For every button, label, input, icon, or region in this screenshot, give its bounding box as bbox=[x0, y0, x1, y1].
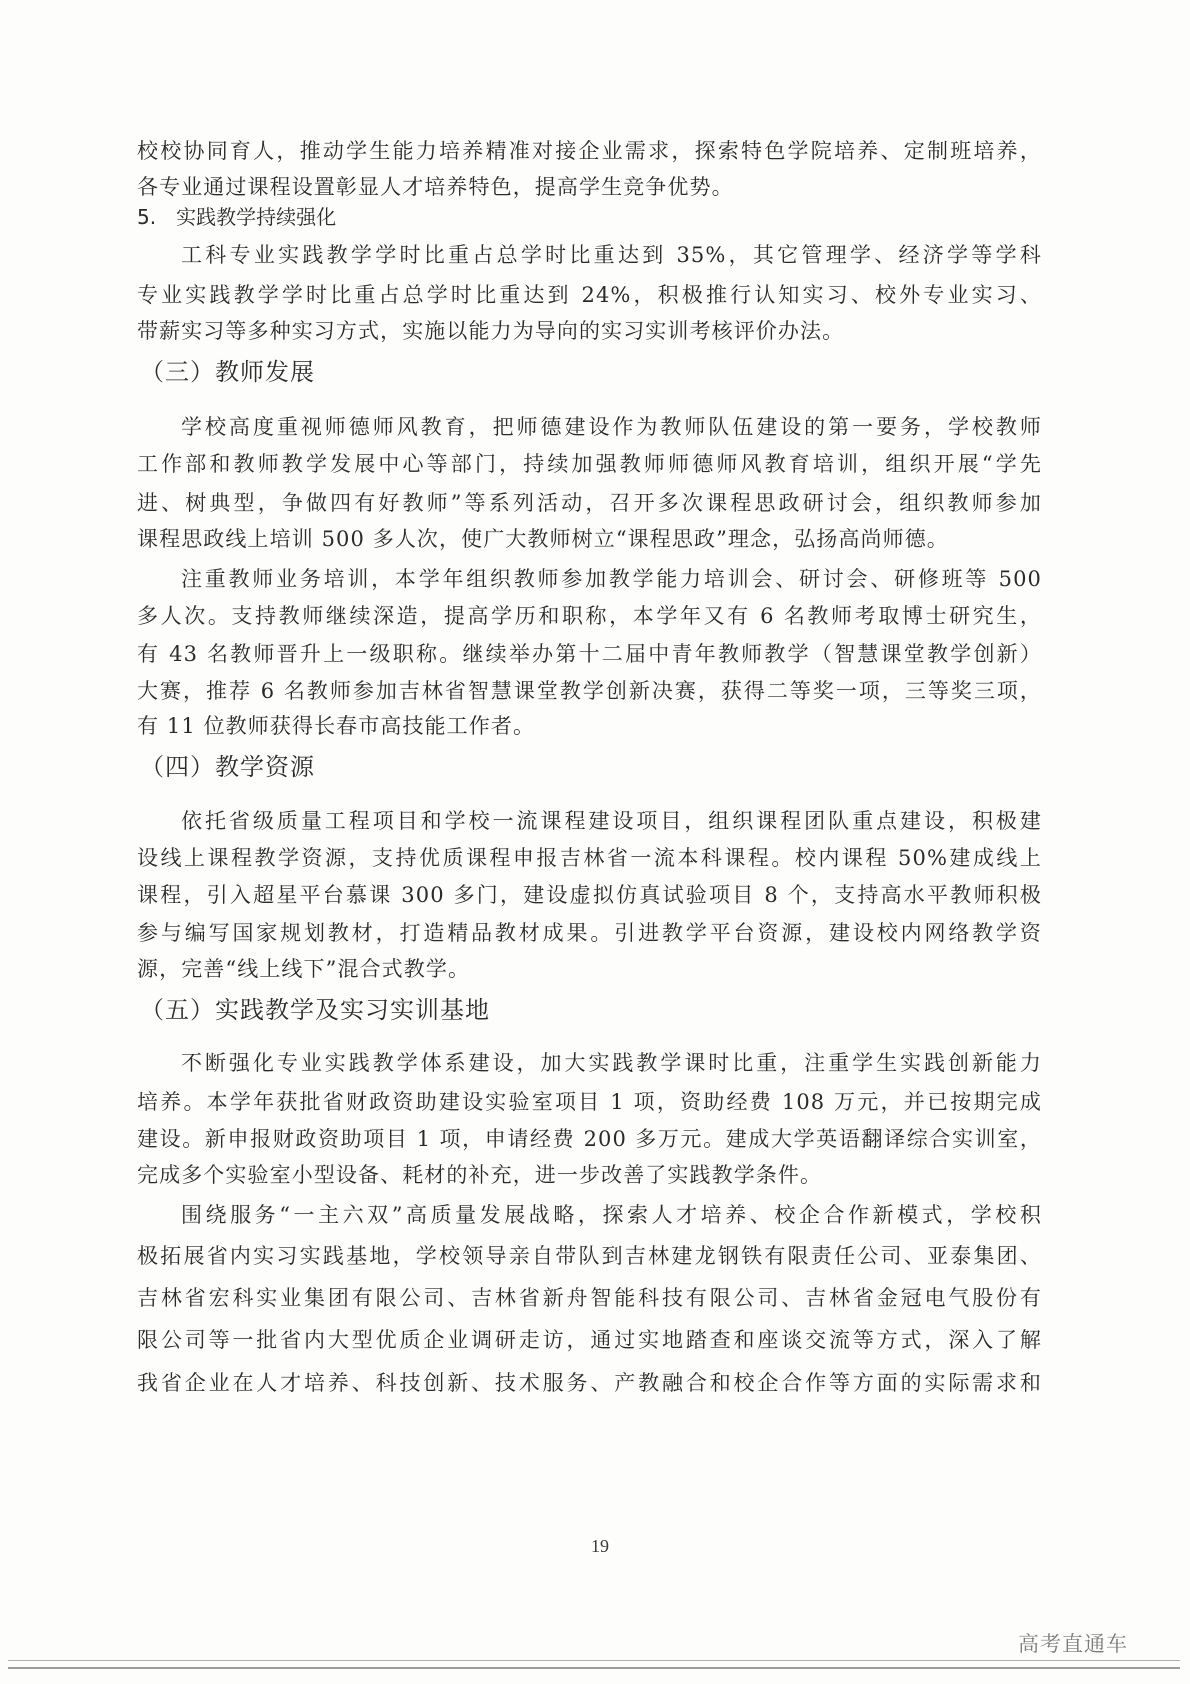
body-line: 进、树典型，争做四有好教师”等系列活动，召开多次课程思政研讨会，组织教师参加 bbox=[137, 488, 1042, 518]
body-line: 课程思政线上培训 500 多人次，使广大教师树立“课程思政”理念，弘扬高尚师德。 bbox=[137, 524, 1042, 554]
body-line: 吉林省宏科实业集团有限公司、吉林省新舟智能科技有限公司、吉林省金冠电气股份有 bbox=[137, 1283, 1042, 1313]
body-line: 多人次。支持教师继续深造，提高学历和职称，本学年又有 6 名教师考取博士研究生， bbox=[137, 601, 1042, 631]
body-line: 完成多个实验室小型设备、耗材的补充，进一步改善了实践教学条件。 bbox=[137, 1160, 1042, 1190]
body-line: 有 11 位教师获得长春市高技能工作者。 bbox=[137, 711, 1042, 741]
body-line: 建设。新申报财政资助项目 1 项，申请经费 200 多万元。建成大学英语翻译综合… bbox=[137, 1124, 1042, 1154]
body-line: 校校协同育人，推动学生能力培养精准对接企业需求，探索特色学院培养、定制班培养， bbox=[137, 136, 1042, 166]
body-line: 源，完善“线上线下”混合式教学。 bbox=[137, 954, 1042, 984]
body-line: 大赛，推荐 6 名教师参加吉林省智慧课堂教学创新决赛，获得二等奖一项，三等奖三项… bbox=[137, 676, 1042, 706]
body-line: 培养。本学年获批省财政资助建设实验室项目 1 项，资助经费 108 万元，并已按… bbox=[137, 1087, 1042, 1117]
body-line: 课程，引入超星平台慕课 300 多门，建设虚拟仿真试验项目 8 个，支持高水平教… bbox=[137, 880, 1042, 910]
section-heading-practice-bases: （五）实践教学及实习实训基地 bbox=[140, 993, 490, 1027]
subheading-practice-teaching: 5. 实践教学持续强化 bbox=[137, 202, 336, 232]
body-line: 参与编写国家规划教材，打造精品教材成果。引进教学平台资源，建设校内网络教学资 bbox=[137, 918, 1042, 948]
body-line: 有 43 名教师晋升上一级职称。继续举办第十二届中青年教师教学（智慧课堂教学创新… bbox=[137, 639, 1042, 669]
page-number: 19 bbox=[575, 1536, 625, 1557]
body-line: 极拓展省内实习实践基地，学校领导亲自带队到吉林建龙钢铁有限责任公司、亚泰集团、 bbox=[137, 1241, 1042, 1271]
body-line: 限公司等一批省内大型优质企业调研走访，通过实地踏查和座谈交流等方式，深入了解 bbox=[137, 1325, 1042, 1355]
body-line: 不断强化专业实践教学体系建设，加大实践教学课时比重，注重学生实践创新能力 bbox=[181, 1048, 1042, 1078]
body-line: 专业实践教学学时比重占总学时比重达到 24%，积极推行认知实习、校外专业实习、 bbox=[137, 280, 1042, 310]
section-heading-teaching-resources: （四）教学资源 bbox=[140, 750, 315, 784]
body-line: 注重教师业务培训，本学年组织教师参加教学能力培训会、研讨会、研修班等 500 bbox=[181, 564, 1042, 594]
body-line: 带薪实习等多种实习方式，实施以能力为导向的实习实训考核评价办法。 bbox=[137, 316, 1042, 346]
footer-rule bbox=[8, 1667, 1180, 1669]
document-page: 校校协同育人，推动学生能力培养精准对接企业需求，探索特色学院培养、定制班培养， … bbox=[0, 0, 1190, 1684]
body-line: 我省企业在人才培养、科技创新、技术服务、产教融合和校企合作等方面的实际需求和 bbox=[137, 1368, 1042, 1398]
body-line: 各专业通过课程设置彰显人才培养特色，提高学生竞争优势。 bbox=[137, 172, 1042, 202]
body-line: 工作部和教师教学发展中心等部门，持续加强教师师德师风教育培训，组织开展“学先 bbox=[137, 449, 1042, 479]
watermark-label: 高考直通车 bbox=[1018, 1628, 1128, 1658]
body-line: 围绕服务“一主六双”高质量发展战略，探索人才培养、校企合作新模式，学校积 bbox=[181, 1200, 1042, 1230]
body-line: 设线上课程教学资源，支持优质课程申报吉林省一流本科课程。校内课程 50%建成线上 bbox=[137, 843, 1042, 873]
body-line: 依托省级质量工程项目和学校一流课程建设项目，组织课程团队重点建设，积极建 bbox=[181, 806, 1042, 836]
section-heading-teacher-development: （三）教师发展 bbox=[140, 355, 315, 389]
body-line: 工科专业实践教学学时比重占总学时比重达到 35%，其它管理学、经济学等学科 bbox=[181, 240, 1042, 270]
body-line: 学校高度重视师德师风教育，把师德建设作为教师队伍建设的第一要务，学校教师 bbox=[181, 412, 1042, 442]
footer-rule bbox=[8, 1660, 1180, 1661]
